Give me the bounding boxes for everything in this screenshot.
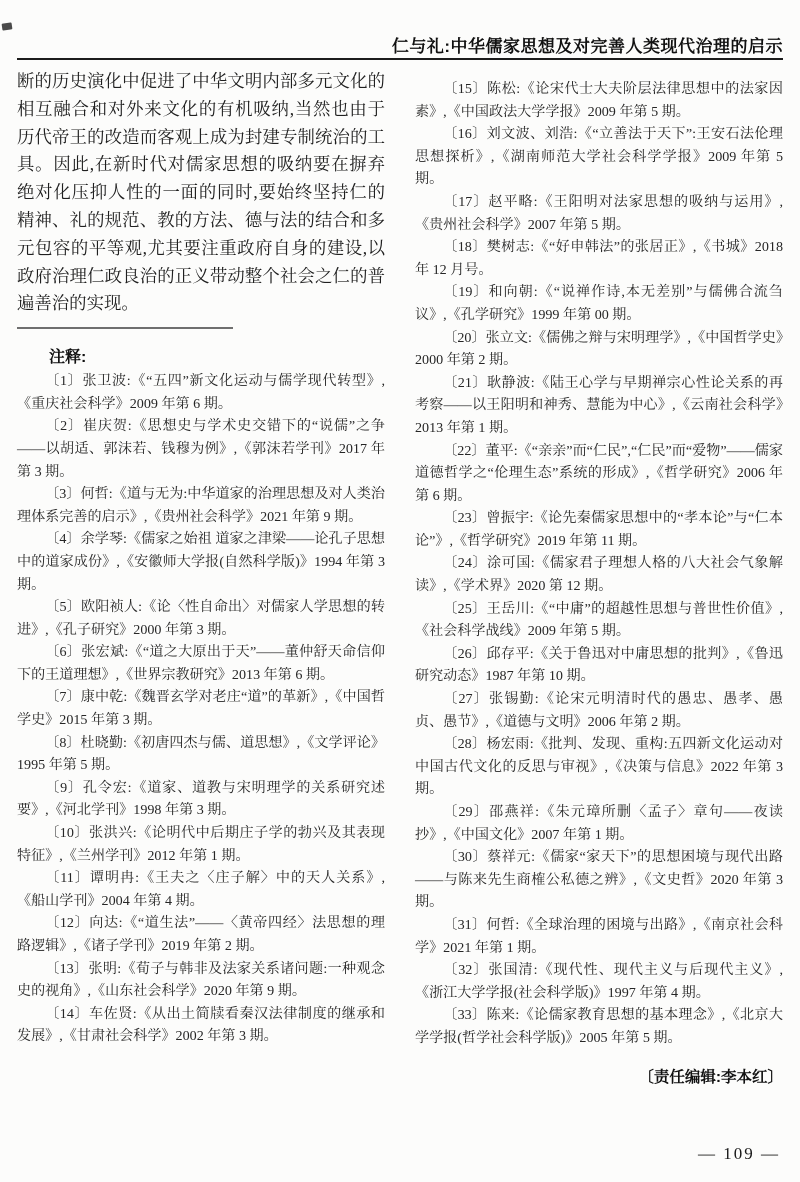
note-item: 〔28〕杨宏雨:《批判、发现、重构:五四新文化运动对中国古代文化的反思与审视》,… [415,733,783,801]
header-rule [17,58,783,60]
note-item: 〔3〕何哲:《道与无为:中华道家的治理思想及对人类治理体系完善的启示》,《贵州社… [17,483,385,528]
note-item: 〔6〕张宏斌:《“道之大原出于天”——董仲舒天命信仰下的王道理想》,《世界宗教研… [17,641,385,686]
note-item: 〔21〕耿静波:《陆王心学与早期禅宗心性论关系的再考察——以王阳明和神秀、慧能为… [415,372,783,440]
note-item: 〔14〕车佐贤:《从出土简牍看秦汉法律制度的继承和发展》,《甘肃社会科学》200… [17,1003,385,1048]
right-column: 〔15〕陈松:《论宋代士大夫阶层法律思想中的法家因素》,《中国政法大学学报》20… [415,78,783,1087]
note-item: 〔4〕余学琴:《儒家之始祖 道家之津梁——论孔子思想中的道家成份》,《安徽师大学… [17,528,385,596]
note-item: 〔2〕崔庆贺:《思想史与学术史交错下的“说儒”之争——以胡适、郭沫若、钱穆为例》… [17,415,385,483]
note-item: 〔8〕杜晓勤:《初唐四杰与儒、道思想》,《文学评论》1995 年第 5 期。 [17,732,385,777]
note-item: 〔20〕张立文:《儒佛之辩与宋明理学》,《中国哲学史》2000 年第 2 期。 [415,327,783,372]
note-item: 〔1〕张卫波:《“五四”新文化运动与儒学现代转型》,《重庆社会科学》2009 年… [17,370,385,415]
note-item: 〔32〕张国清:《现代性、现代主义与后现代主义》,《浙江大学学报(社会科学版)》… [415,959,783,1004]
notes-list-right: 〔15〕陈松:《论宋代士大夫阶层法律思想中的法家因素》,《中国政法大学学报》20… [415,78,783,1050]
note-item: 〔7〕康中乾:《魏晋玄学对老庄“道”的革新》,《中国哲学史》2015 年第 3 … [17,686,385,731]
notes-list-left: 〔1〕张卫波:《“五四”新文化运动与儒学现代转型》,《重庆社会科学》2009 年… [17,370,385,1048]
responsible-editor: 〔责任编辑:李本红〕 [415,1065,783,1087]
note-item: 〔16〕刘文波、刘浩:《“立善法于天下”:王安石法伦理思想探析》,《湖南师范大学… [415,123,783,191]
body-paragraph: 断的历史演化中促进了中华文明内部多元文化的相互融合和对外来文化的有机吸纳,当然也… [17,68,385,318]
note-item: 〔11〕谭明冉:《王夫之〈庄子解〉中的天人关系》,《船山学刊》2004 年第 4… [17,867,385,912]
note-item: 〔12〕向达:《“道生法”——〈黄帝四经〉法思想的理路逻辑》,《诸子学刊》201… [17,912,385,957]
note-item: 〔30〕蔡祥元:《儒家“家天下”的思想困境与现代出路——与陈来先生商榷公私德之辨… [415,846,783,914]
note-item: 〔29〕邵燕祥:《朱元璋所删〈孟子〉章句——夜读抄》,《中国文化》2007 年第… [415,801,783,846]
note-item: 〔27〕张锡勤:《论宋元明清时代的愚忠、愚孝、愚贞、愚节》,《道德与文明》200… [415,688,783,733]
note-item: 〔33〕陈来:《论儒家教育思想的基本理念》,《北京大学学报(哲学社会科学版)》2… [415,1004,783,1049]
note-item: 〔13〕张明:《荀子与韩非及法家关系诸问题:一种观念史的视角》,《山东社会科学》… [17,958,385,1003]
note-item: 〔25〕王岳川:《“中庸”的超越性思想与普世性价值》,《社会科学战线》2009 … [415,598,783,643]
note-item: 〔23〕曾振宇:《论先秦儒家思想中的“孝本论”与“仁本论”》,《哲学研究》201… [415,507,783,552]
note-item: 〔10〕张洪兴:《论明代中后期庄子学的勃兴及其表现特征》,《兰州学刊》2012 … [17,822,385,867]
note-item: 〔26〕邱存平:《关于鲁迅对中庸思想的批判》,《鲁迅研究动态》1987 年第 1… [415,643,783,688]
scan-artifact [2,22,13,30]
note-item: 〔19〕和向朝:《“说禅作诗,本无差别”与儒佛合流刍议》,《孔学研究》1999 … [415,281,783,326]
note-item: 〔15〕陈松:《论宋代士大夫阶层法律思想中的法家因素》,《中国政法大学学报》20… [415,78,783,123]
footnote-separator [17,327,233,329]
note-item: 〔18〕樊树志:《“好申韩法”的张居正》,《书城》2018 年 12 月号。 [415,236,783,281]
running-head-title: 仁与礼:中华儒家思想及对完善人类现代治理的启示 [17,32,783,57]
note-item: 〔5〕欧阳祯人:《论〈性自命出〉对儒家人学思想的转进》,《孔子研究》2000 年… [17,596,385,641]
page-number: — 109 — [698,1144,780,1164]
note-item: 〔17〕赵平略:《王阳明对法家思想的吸纳与运用》,《贵州社会科学》2007 年第… [415,191,783,236]
note-item: 〔24〕涂可国:《儒家君子理想人格的八大社会气象解读》,《学术界》2020 第 … [415,552,783,597]
note-item: 〔31〕何哲:《全球治理的困境与出路》,《南京社会科学》2021 年第 1 期。 [415,914,783,959]
note-item: 〔22〕董平:《“亲亲”而“仁民”,“仁民”而“爱物”——儒家道德哲学之“伦理生… [415,440,783,508]
paper-page: 仁与礼:中华儒家思想及对完善人类现代治理的启示 断的历史演化中促进了中华文明内部… [0,0,800,1182]
note-item: 〔9〕孔令宏:《道家、道教与宋明理学的关系研究述要》,《河北学刊》1998 年第… [17,777,385,822]
left-column: 断的历史演化中促进了中华文明内部多元文化的相互融合和对外来文化的有机吸纳,当然也… [17,68,385,1048]
notes-heading: 注释: [17,344,385,367]
